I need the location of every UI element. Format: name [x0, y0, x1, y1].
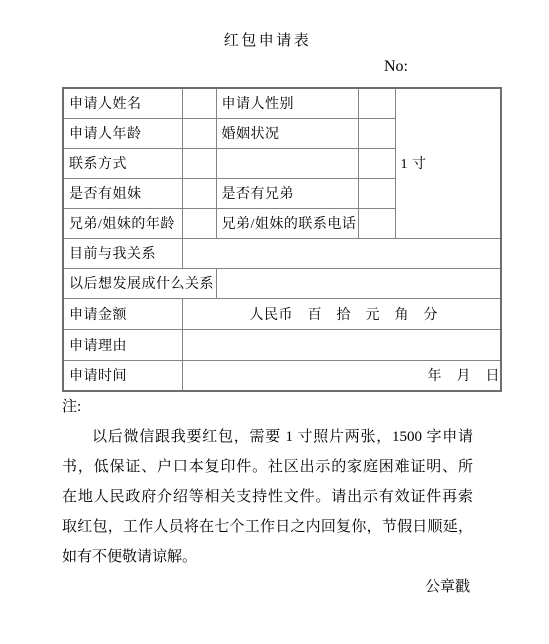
table-row: 目前与我关系: [63, 238, 501, 268]
notes-section: 注: 以后微信跟我要红包，需要 1 寸照片两张，1500 字申请 书，低保证、户…: [62, 392, 473, 602]
field-input-cell: [182, 329, 501, 360]
note-paragraph-line: 在地人民政府介绍等相关支持性文件。请出示有效证件再索: [62, 482, 473, 512]
field-input-cell: [358, 118, 395, 148]
stamp-label: 公章戳: [62, 572, 473, 602]
table-row: 申请理由: [63, 329, 501, 360]
field-label: 申请人年龄: [63, 118, 182, 148]
field-label: 婚姻状况: [216, 118, 358, 148]
field-input-cell: [182, 208, 216, 238]
field-label: 兄弟/姐妹的联系电话: [216, 208, 358, 238]
field-label: 是否有兄弟: [216, 178, 358, 208]
note-paragraph-line: 取红包，工作人员将在七个工作日之内回复你，节假日顺延，: [62, 512, 473, 542]
table-row: 申请金额 人民币 百 拾 元 角 分: [63, 298, 501, 329]
document-page: 红包申请表 No: 申请人姓名 申请人性别 1 寸 申请人年龄 婚姻状况: [0, 0, 549, 644]
table-row: 申请时间 年 月 日: [63, 360, 501, 391]
field-label: 申请金额: [63, 298, 182, 329]
notes-heading: 注:: [62, 392, 473, 422]
amount-units-cell: 人民币 百 拾 元 角 分: [182, 298, 501, 329]
field-input-cell: [358, 88, 395, 118]
field-label: 申请时间: [63, 360, 182, 391]
note-paragraph-line: 如有不便敬请谅解。: [62, 542, 473, 572]
field-input-cell: [182, 118, 216, 148]
page-title: 红包申请表: [62, 29, 473, 50]
field-input-cell: [182, 178, 216, 208]
application-form-table: 申请人姓名 申请人性别 1 寸 申请人年龄 婚姻状况 联系方式 是否有姐妹: [62, 87, 502, 392]
field-input-cell: [182, 238, 501, 268]
field-label: 是否有姐妹: [63, 178, 182, 208]
photo-cell: 1 寸: [395, 88, 501, 238]
field-label: [216, 148, 358, 178]
field-label: 联系方式: [63, 148, 182, 178]
field-label: 申请人性别: [216, 88, 358, 118]
date-cell: 年 月 日: [182, 360, 501, 391]
note-paragraph-line: 以后微信跟我要红包，需要 1 寸照片两张，1500 字申请: [62, 422, 473, 452]
field-input-cell: [182, 88, 216, 118]
field-label: 兄弟/姐妹的年龄: [63, 208, 182, 238]
field-input-cell: [358, 148, 395, 178]
field-input-cell: [358, 178, 395, 208]
field-input-cell: [216, 268, 501, 298]
field-label: 申请理由: [63, 329, 182, 360]
table-row: 以后想发展成什么关系: [63, 268, 501, 298]
field-label: 以后想发展成什么关系: [63, 268, 216, 298]
field-input-cell: [358, 208, 395, 238]
table-row: 申请人姓名 申请人性别 1 寸: [63, 88, 501, 118]
form-number-label: No:: [62, 58, 408, 76]
field-input-cell: [182, 148, 216, 178]
field-label: 目前与我关系: [63, 238, 182, 268]
note-paragraph-line: 书，低保证、户口本复印件。社区出示的家庭困难证明、所: [62, 452, 473, 482]
field-label: 申请人姓名: [63, 88, 182, 118]
